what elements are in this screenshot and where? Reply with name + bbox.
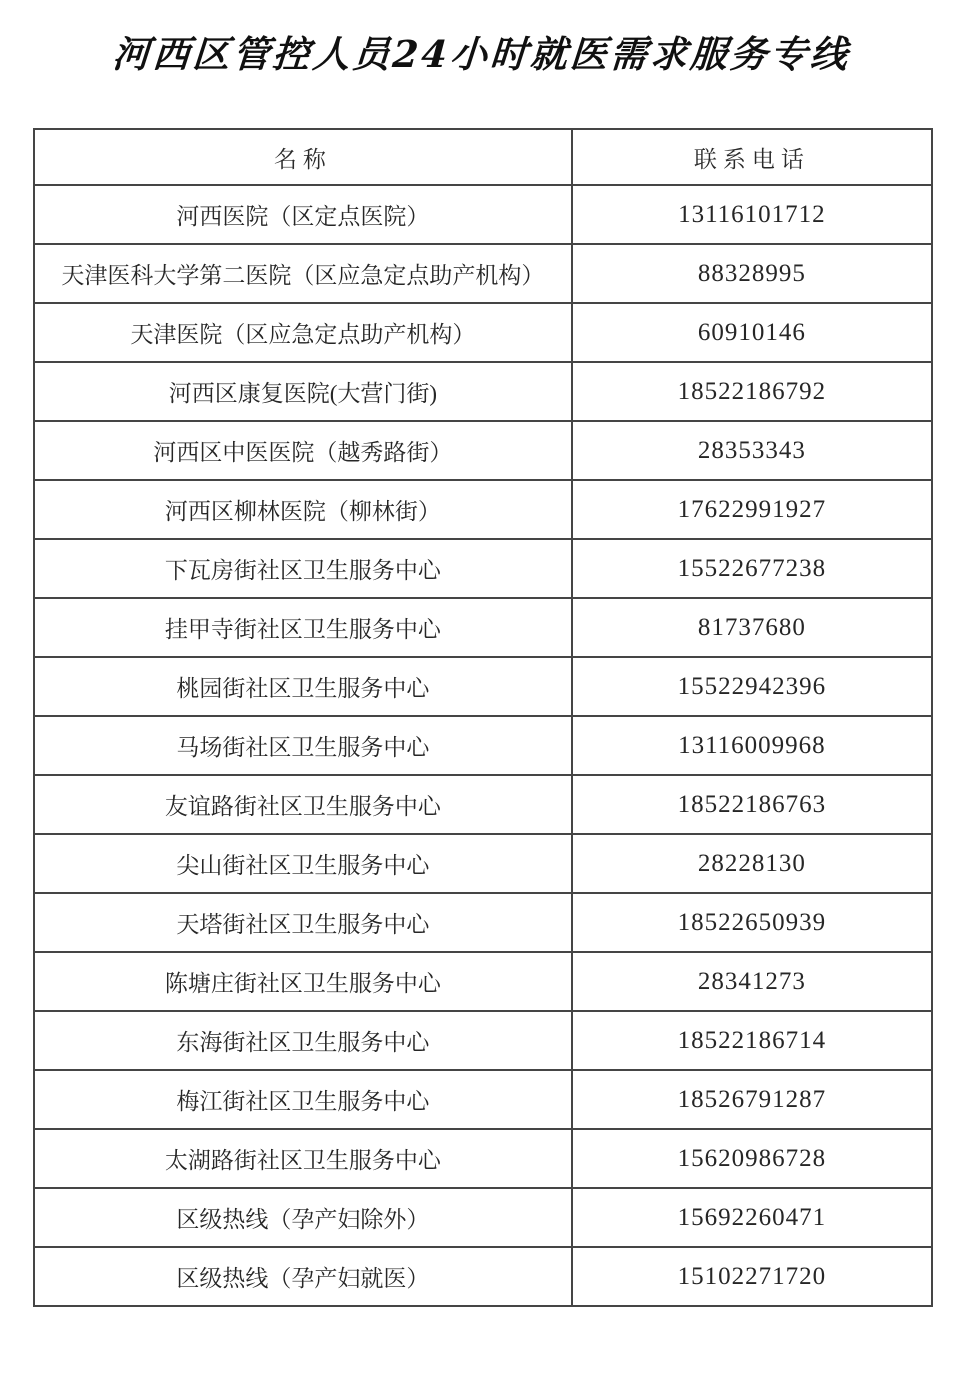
table-row: 天塔街社区卫生服务中心18522650939 [34, 893, 932, 952]
phone-number-cell: 15620986728 [572, 1129, 931, 1188]
table-row: 太湖路街社区卫生服务中心15620986728 [34, 1129, 932, 1188]
table-row: 天津医院（区应急定点助产机构）60910146 [34, 303, 932, 362]
facility-name-cell: 天塔街社区卫生服务中心 [34, 893, 573, 952]
phone-number-cell: 15692260471 [572, 1188, 931, 1247]
table-row: 河西区中医医院（越秀路街）28353343 [34, 421, 932, 480]
facility-name-cell: 挂甲寺街社区卫生服务中心 [34, 598, 573, 657]
facility-name-cell: 友谊路街社区卫生服务中心 [34, 775, 573, 834]
facility-name-cell: 天津医科大学第二医院（区应急定点助产机构） [34, 244, 573, 303]
facility-name-cell: 区级热线（孕产妇除外） [34, 1188, 573, 1247]
phone-number-cell: 28341273 [572, 952, 931, 1011]
phone-number-cell: 18522650939 [572, 893, 931, 952]
table-row: 区级热线（孕产妇除外）15692260471 [34, 1188, 932, 1247]
facility-name-cell: 河西区康复医院(大营门街) [34, 362, 573, 421]
phone-number-cell: 28353343 [572, 421, 931, 480]
facility-name-cell: 下瓦房街社区卫生服务中心 [34, 539, 573, 598]
table-row: 陈塘庄街社区卫生服务中心28341273 [34, 952, 932, 1011]
table-row: 东海街社区卫生服务中心18522186714 [34, 1011, 932, 1070]
table-row: 挂甲寺街社区卫生服务中心81737680 [34, 598, 932, 657]
page-title: 河西区管控人员24小时就医需求服务专线 [0, 0, 965, 78]
table-row: 马场街社区卫生服务中心13116009968 [34, 716, 932, 775]
header-phone-column: 联系电话 [572, 129, 931, 185]
table-body: 河西医院（区定点医院）13116101712天津医科大学第二医院（区应急定点助产… [34, 185, 932, 1306]
facility-name-cell: 区级热线（孕产妇就医） [34, 1247, 573, 1306]
facility-name-cell: 陈塘庄街社区卫生服务中心 [34, 952, 573, 1011]
phone-number-cell: 28228130 [572, 834, 931, 893]
phone-number-cell: 18522186763 [572, 775, 931, 834]
table-row: 河西医院（区定点医院）13116101712 [34, 185, 932, 244]
table-row: 桃园街社区卫生服务中心15522942396 [34, 657, 932, 716]
table-header-row: 名称 联系电话 [34, 129, 932, 185]
table-row: 区级热线（孕产妇就医）15102271720 [34, 1247, 932, 1306]
phone-number-cell: 13116009968 [572, 716, 931, 775]
facility-name-cell: 太湖路街社区卫生服务中心 [34, 1129, 573, 1188]
facility-name-cell: 天津医院（区应急定点助产机构） [34, 303, 573, 362]
phone-number-cell: 81737680 [572, 598, 931, 657]
facility-name-cell: 马场街社区卫生服务中心 [34, 716, 573, 775]
facility-name-cell: 桃园街社区卫生服务中心 [34, 657, 573, 716]
header-name-column: 名称 [34, 129, 573, 185]
facility-name-cell: 梅江街社区卫生服务中心 [34, 1070, 573, 1129]
table-row: 友谊路街社区卫生服务中心18522186763 [34, 775, 932, 834]
phone-number-cell: 18522186714 [572, 1011, 931, 1070]
facility-name-cell: 河西医院（区定点医院） [34, 185, 573, 244]
phone-number-cell: 17622991927 [572, 480, 931, 539]
table-row: 河西区柳林医院（柳林街）17622991927 [34, 480, 932, 539]
phone-number-cell: 18526791287 [572, 1070, 931, 1129]
facility-name-cell: 尖山街社区卫生服务中心 [34, 834, 573, 893]
facility-name-cell: 河西区中医医院（越秀路街） [34, 421, 573, 480]
document-page: 河西区管控人员24小时就医需求服务专线 名称 联系电话 河西医院（区定点医院）1… [0, 0, 965, 1387]
phone-number-cell: 60910146 [572, 303, 931, 362]
phone-number-cell: 15522942396 [572, 657, 931, 716]
phone-number-cell: 15102271720 [572, 1247, 931, 1306]
table-row: 梅江街社区卫生服务中心18526791287 [34, 1070, 932, 1129]
facility-name-cell: 东海街社区卫生服务中心 [34, 1011, 573, 1070]
table-row: 天津医科大学第二医院（区应急定点助产机构）88328995 [34, 244, 932, 303]
hotline-table: 名称 联系电话 河西医院（区定点医院）13116101712天津医科大学第二医院… [33, 128, 933, 1307]
phone-number-cell: 18522186792 [572, 362, 931, 421]
table-row: 下瓦房街社区卫生服务中心15522677238 [34, 539, 932, 598]
table-row: 尖山街社区卫生服务中心28228130 [34, 834, 932, 893]
table-row: 河西区康复医院(大营门街)18522186792 [34, 362, 932, 421]
facility-name-cell: 河西区柳林医院（柳林街） [34, 480, 573, 539]
phone-number-cell: 13116101712 [572, 185, 931, 244]
phone-number-cell: 88328995 [572, 244, 931, 303]
phone-number-cell: 15522677238 [572, 539, 931, 598]
